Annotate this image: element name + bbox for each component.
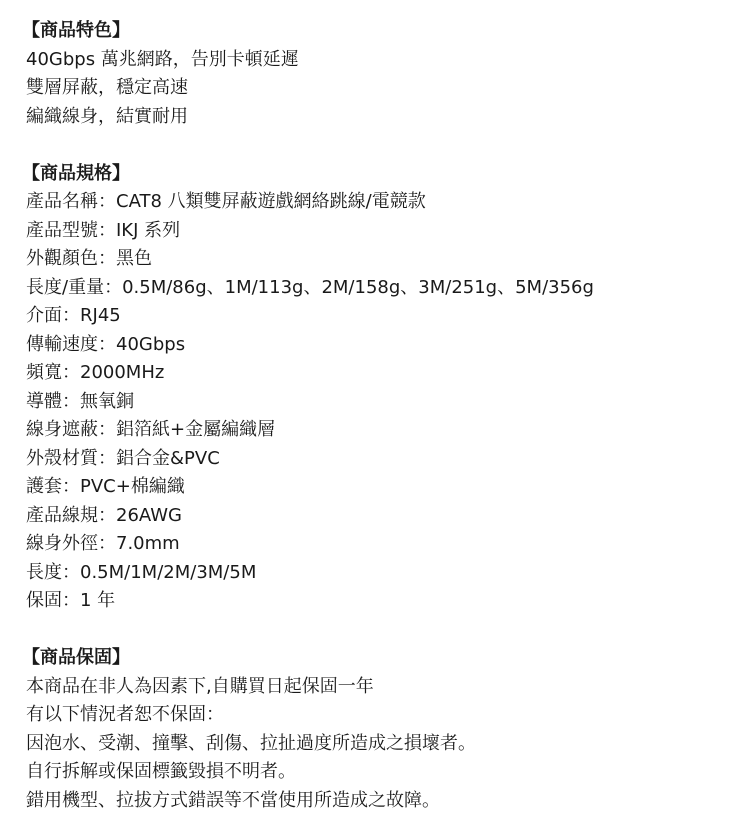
- warranty-line: 因泡水、受潮、撞擊、刮傷、拉扯過度所造成之損壞者。: [26, 730, 594, 759]
- features-heading: 【商品特色】: [22, 17, 594, 46]
- spec-line: 導體：無氧銅: [26, 388, 594, 417]
- spec-line: 產品線規：26AWG: [26, 502, 594, 531]
- warranty-line: 錯用機型、拉拔方式錯誤等不當使用所造成之故障。: [26, 787, 594, 816]
- section-spacer: [26, 131, 594, 160]
- warranty-line: 本商品在非人為因素下,自購買日起保固一年: [26, 673, 594, 702]
- spec-line: 外觀顏色：黑色: [26, 245, 594, 274]
- spec-line: 產品型號：IKJ 系列: [26, 217, 594, 246]
- feature-line: 雙層屏蔽，穩定高速: [26, 74, 594, 103]
- spec-line: 產品名稱：CAT8 八類雙屏蔽遊戲網絡跳線/電競款: [26, 188, 594, 217]
- feature-line: 編織線身，結實耐用: [26, 103, 594, 132]
- spec-line: 頻寬：2000MHz: [26, 359, 594, 388]
- spec-line: 長度：0.5M/1M/2M/3M/5M: [26, 559, 594, 588]
- spec-line: 線身外徑：7.0mm: [26, 530, 594, 559]
- feature-line: 40Gbps 萬兆網路，告別卡頓延遲: [26, 46, 594, 75]
- specs-heading: 【商品規格】: [22, 160, 594, 189]
- spec-line: 護套：PVC+棉編織: [26, 473, 594, 502]
- warranty-line: 有以下情況者恕不保固：: [26, 701, 594, 730]
- spec-line: 外殼材質：鋁合金&PVC: [26, 445, 594, 474]
- spec-line: 保固：1 年: [26, 587, 594, 616]
- product-description: 【商品特色】 40Gbps 萬兆網路，告別卡頓延遲 雙層屏蔽，穩定高速 編織線身…: [26, 17, 594, 815]
- spec-line: 長度/重量：0.5M/86g、1M/113g、2M/158g、3M/251g、5…: [26, 274, 594, 303]
- section-spacer: [26, 616, 594, 645]
- warranty-heading: 【商品保固】: [22, 644, 594, 673]
- warranty-line: 自行拆解或保固標籤毀損不明者。: [26, 758, 594, 787]
- spec-line: 傳輸速度：40Gbps: [26, 331, 594, 360]
- spec-line: 介面：RJ45: [26, 302, 594, 331]
- spec-line: 線身遮蔽：鋁箔紙+金屬編織層: [26, 416, 594, 445]
